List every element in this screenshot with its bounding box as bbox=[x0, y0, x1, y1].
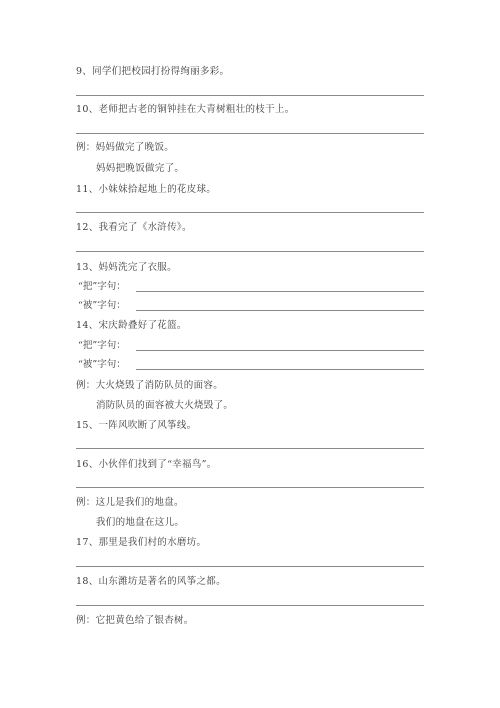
question-15: 15、一阵风吹断了风筝线。 bbox=[76, 420, 197, 432]
worksheet-page: 9、同学们把校园打扮得绚丽多彩。 10、老师把古老的铜钟挂在大青树粗壮的枝干上。… bbox=[0, 0, 500, 708]
answer-line-12[interactable] bbox=[76, 251, 424, 252]
question-13: 13、妈妈洗完了衣服。 bbox=[76, 262, 177, 274]
question-11: 11、小妹妹拾起地上的花皮球。 bbox=[76, 184, 216, 196]
answer-line-15[interactable] bbox=[76, 448, 424, 449]
question-16: 16、小伙伴们找到了“幸福鸟”。 bbox=[76, 459, 217, 471]
question-14: 14、宋庆龄叠好了花篮。 bbox=[76, 320, 187, 332]
answer-line-11[interactable] bbox=[76, 212, 424, 213]
question-12: 12、我看完了《水浒传》。 bbox=[76, 222, 192, 234]
question-9: 9、同学们把校园打扮得绚丽多彩。 bbox=[76, 66, 229, 78]
answer-line-17[interactable] bbox=[76, 566, 424, 567]
example-1-original: 例：妈妈做完了晚饭。 bbox=[76, 142, 174, 154]
answer-line-9[interactable] bbox=[76, 95, 424, 96]
ba-sentence-label-13: “把”字句： bbox=[78, 281, 126, 293]
ba-answer-line-13[interactable] bbox=[136, 291, 424, 292]
bei-sentence-label-14: “被”字句： bbox=[78, 359, 126, 371]
example-2-original: 例：大火烧毁了消防队员的面容。 bbox=[76, 380, 223, 392]
bei-answer-line-14[interactable] bbox=[136, 369, 424, 370]
answer-line-16[interactable] bbox=[76, 487, 424, 488]
ba-sentence-label-14: “把”字句： bbox=[78, 340, 126, 352]
bei-answer-line-13[interactable] bbox=[136, 310, 424, 311]
question-17: 17、那里是我们村的水磨坊。 bbox=[76, 537, 206, 549]
example-2-answer: 消防队员的面容被大火烧毁了。 bbox=[96, 400, 233, 412]
question-10: 10、老师把古老的铜钟挂在大青树粗壮的枝干上。 bbox=[76, 104, 295, 116]
answer-line-18[interactable] bbox=[76, 605, 424, 606]
question-18: 18、山东潍坊是著名的风筝之都。 bbox=[76, 576, 226, 588]
bei-sentence-label-13: “被”字句： bbox=[78, 300, 126, 312]
example-3-original: 例：这儿是我们的地盘。 bbox=[76, 497, 184, 509]
answer-line-10[interactable] bbox=[76, 133, 424, 134]
example-3-answer: 我们的地盘在这儿。 bbox=[96, 517, 184, 529]
example-1-answer: 妈妈把晚饭做完了。 bbox=[96, 163, 184, 175]
example-4-original: 例：它把黄色给了银杏树。 bbox=[76, 615, 194, 627]
ba-answer-line-14[interactable] bbox=[136, 350, 424, 351]
